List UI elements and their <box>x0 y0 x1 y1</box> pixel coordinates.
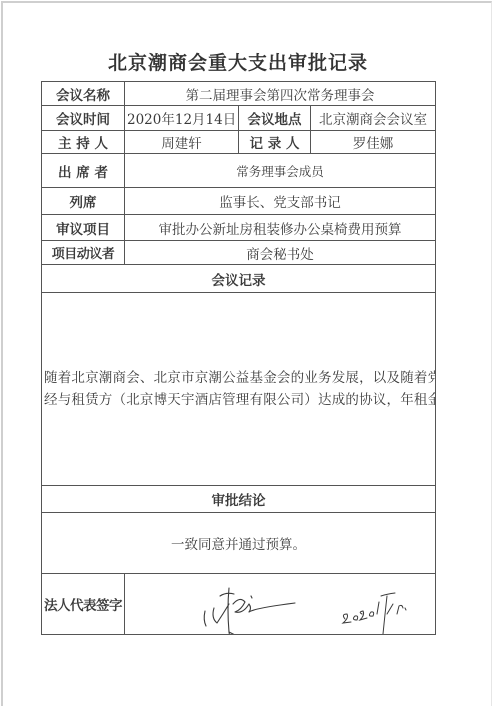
row-host: 主 持 人 周建轩 记 录 人 罗佳娜 <box>42 131 436 154</box>
meeting-time-label: 会议时间 <box>42 106 125 131</box>
approval-conclusion: 一致同意并通过预算。 <box>42 513 436 574</box>
meeting-name-value: 第二届理事会第四次常务理事会 <box>125 82 436 106</box>
proposer-label: 项目动议者 <box>42 241 125 265</box>
observers-value: 监事长、党支部书记 <box>125 188 436 215</box>
minutes-paragraph: 随着北京潮商会、北京市京潮公益基金会的业务发展，以及随着党委、党支部的设立，潮商… <box>44 367 433 390</box>
row-review-item: 审议项目 审批办公新址房租装修办公桌椅费用预算 <box>42 215 436 241</box>
signature-cell <box>125 574 436 635</box>
host-label: 主 持 人 <box>42 131 125 154</box>
minutes-paragraph: 经与租赁方（北京博天宇酒店管理有限公司）达成的协议，年租金为120万元。另外，装… <box>44 389 433 412</box>
observers-label: 列席 <box>42 188 125 215</box>
meeting-time-value: 2020年12月14日 <box>125 106 239 131</box>
row-approval-header: 审批结论 <box>42 486 436 513</box>
approval-header: 审批结论 <box>42 486 436 513</box>
row-approval-conclusion: 一致同意并通过预算。 <box>42 513 436 574</box>
attendees-value: 常务理事会成员 <box>125 154 436 188</box>
recorder-label: 记 录 人 <box>239 131 311 154</box>
signature-label: 法人代表签字 <box>42 574 125 635</box>
document-title: 北京潮商会重大支出审批记录 <box>0 48 476 75</box>
row-observers: 列席 监事长、党支部书记 <box>42 188 436 215</box>
meeting-name-label: 会议名称 <box>42 82 125 106</box>
row-signature: 法人代表签字 <box>42 574 436 635</box>
minutes-header: 会议记录 <box>42 265 436 293</box>
minutes-body: 随着北京潮商会、北京市京潮公益基金会的业务发展，以及随着党委、党支部的设立，潮商… <box>42 293 436 486</box>
host-value: 周建轩 <box>125 131 239 154</box>
proposer-value: 商会秘书处 <box>125 241 436 265</box>
row-meeting-name: 会议名称 第二届理事会第四次常务理事会 <box>42 82 436 106</box>
row-minutes-body: 随着北京潮商会、北京市京潮公益基金会的业务发展，以及随着党委、党支部的设立，潮商… <box>42 293 436 486</box>
row-proposer: 项目动议者 商会秘书处 <box>42 241 436 265</box>
review-item-value: 审批办公新址房租装修办公桌椅费用预算 <box>125 215 436 241</box>
recorder-value: 罗佳娜 <box>311 131 436 154</box>
meeting-place-value: 北京潮商会会议室 <box>311 106 436 131</box>
row-minutes-header: 会议记录 <box>42 265 436 293</box>
attendees-label: 出 席 者 <box>42 154 125 188</box>
handwritten-signature-icon <box>125 574 436 635</box>
approval-form-table: 会议名称 第二届理事会第四次常务理事会 会议时间 2020年12月14日 会议地… <box>41 81 436 635</box>
row-meeting-time: 会议时间 2020年12月14日 会议地点 北京潮商会会议室 <box>42 106 436 131</box>
meeting-place-label: 会议地点 <box>239 106 311 131</box>
row-attendees: 出 席 者 常务理事会成员 <box>42 154 436 188</box>
review-item-label: 审议项目 <box>42 215 125 241</box>
